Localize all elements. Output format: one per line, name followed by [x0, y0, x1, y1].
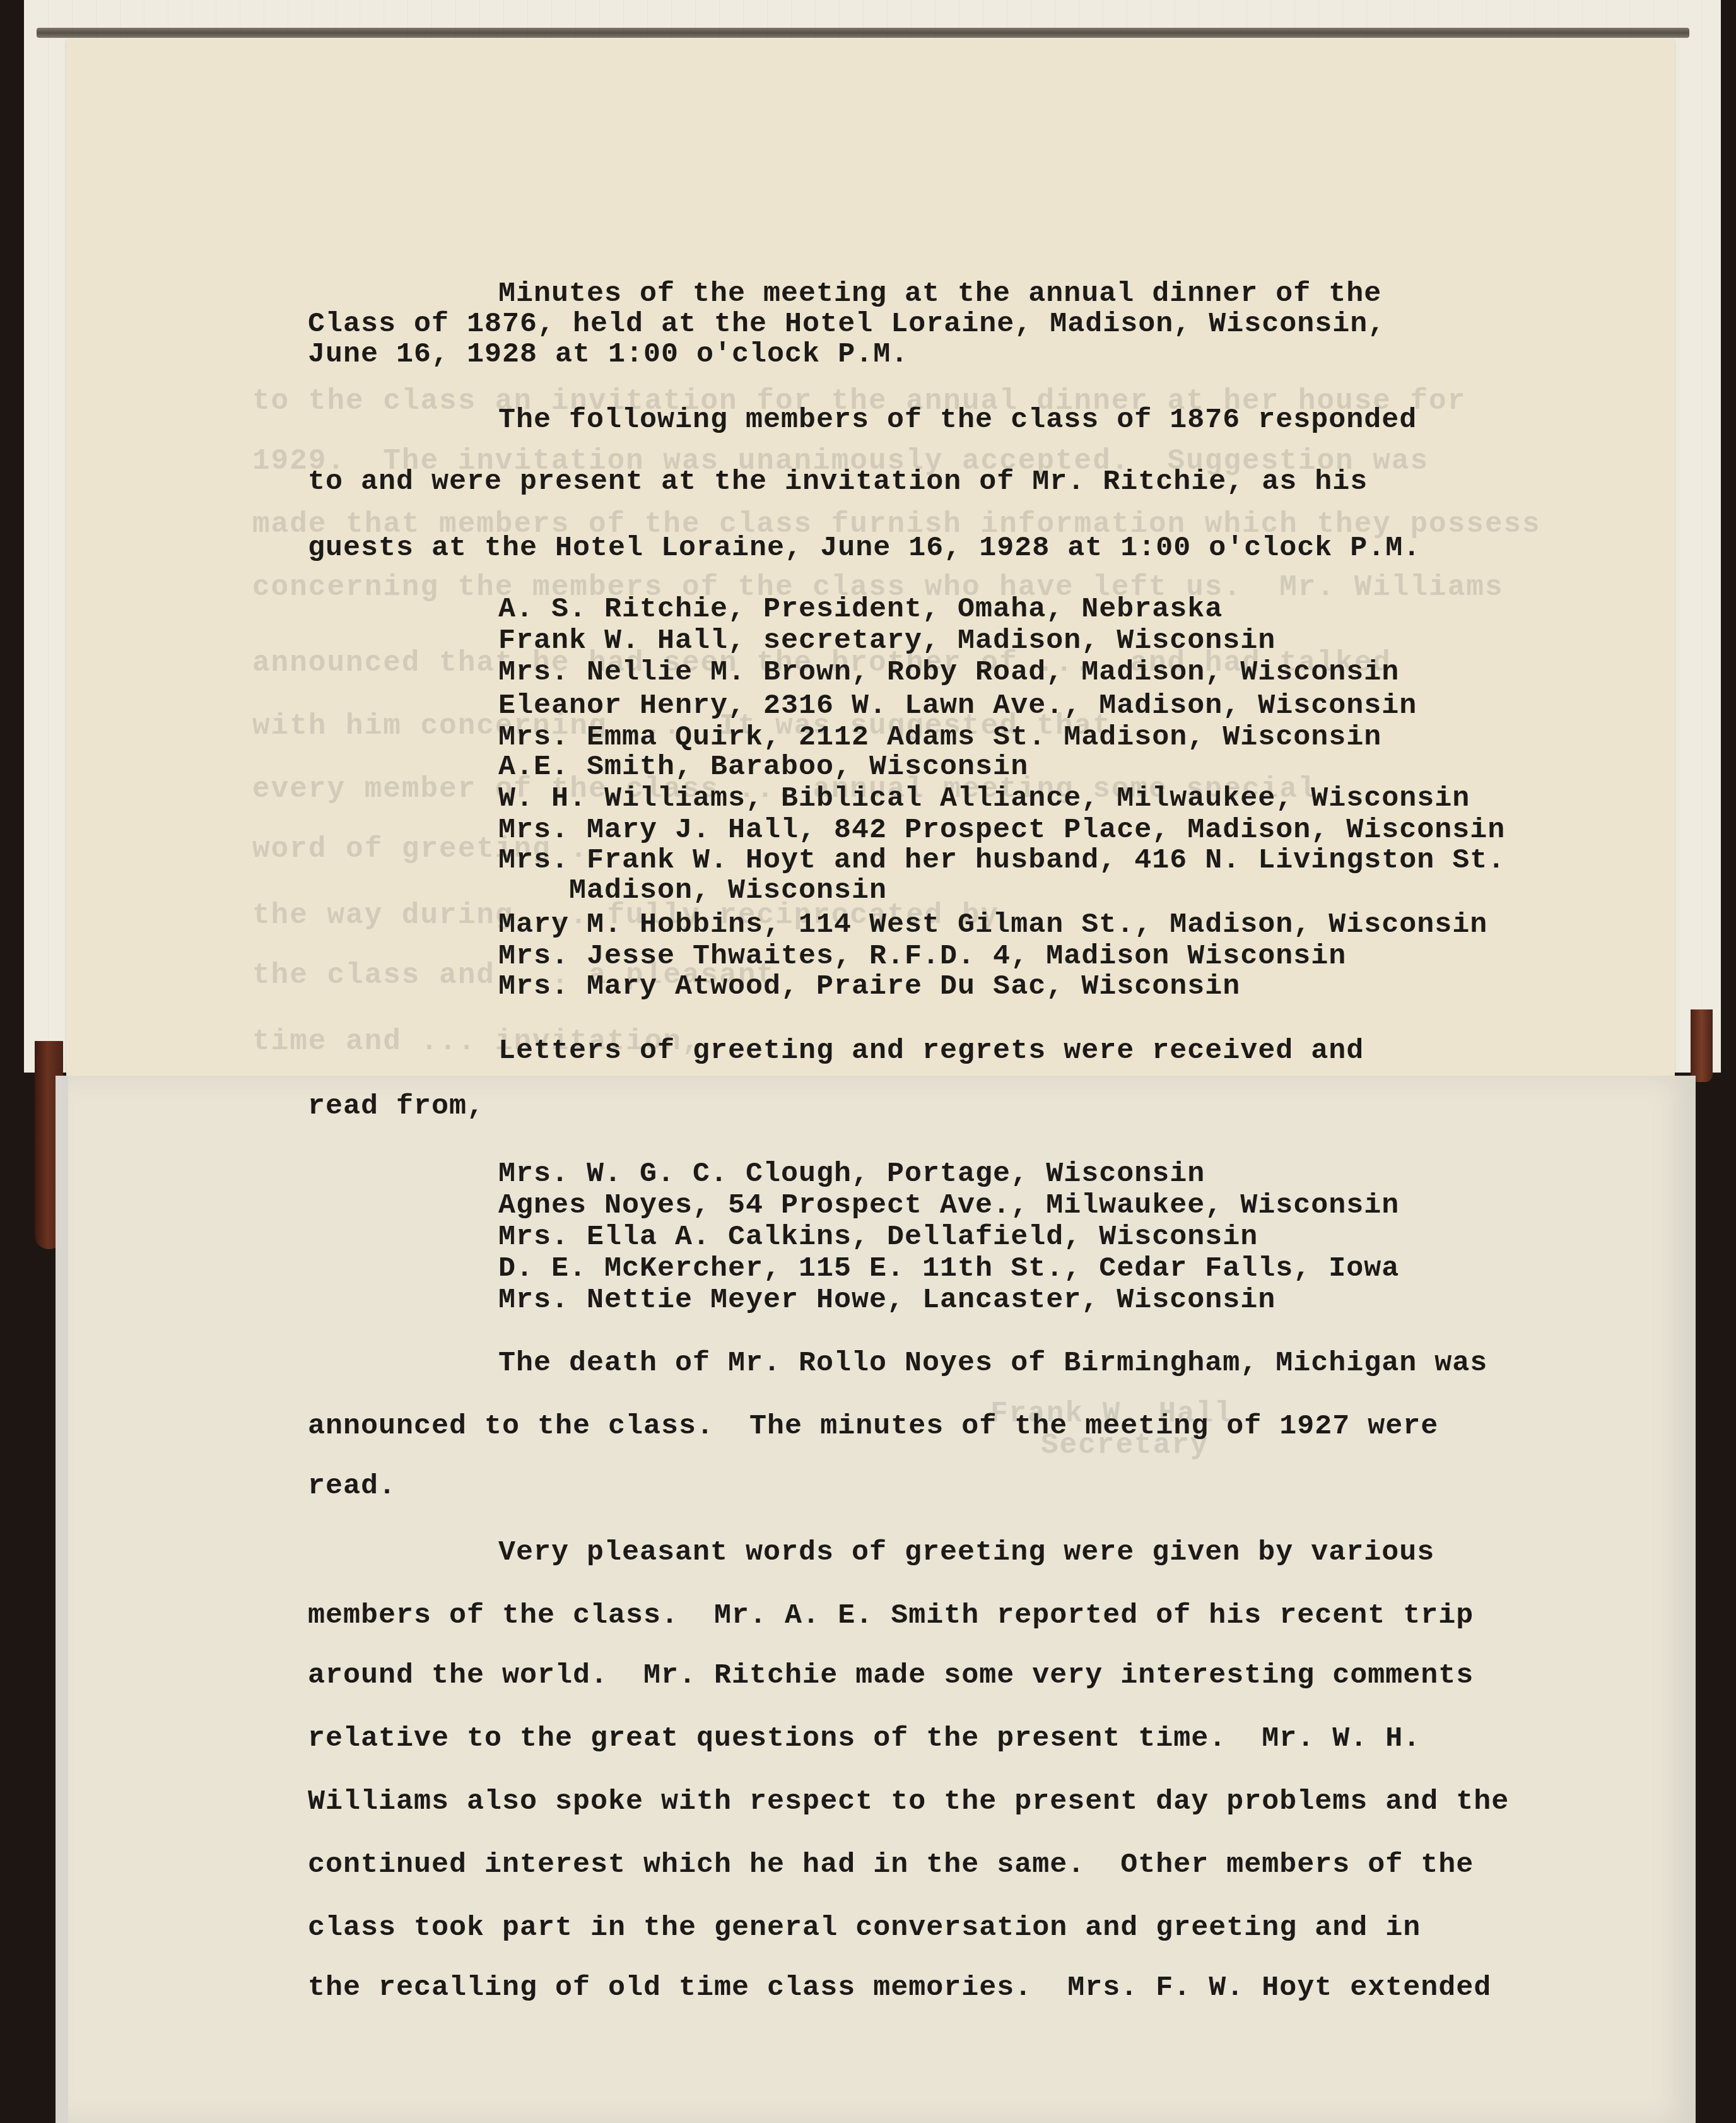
list-item: Mrs. Nellie M. Brown, Roby Road, Madison…: [498, 656, 1399, 688]
list-item: Mrs. Frank W. Hoyt and her husband, 416 …: [498, 844, 1505, 876]
list-item: Agnes Noyes, 54 Prospect Ave., Milwaukee…: [498, 1189, 1399, 1221]
list-item: Eleanor Henry, 2316 W. Lawn Ave., Madiso…: [498, 690, 1417, 722]
binder-ring-right: [1691, 1009, 1713, 1082]
list-item: Mrs. Mary Atwood, Praire Du Sac, Wiscons…: [498, 970, 1240, 1003]
list-item: Mrs. Emma Quirk, 2112 Adams St. Madison,…: [498, 721, 1381, 753]
list-item: A. S. Ritchie, President, Omaha, Nebrask…: [498, 593, 1223, 625]
list-item: Mrs. Nettie Meyer Howe, Lancaster, Wisco…: [498, 1284, 1276, 1316]
binding-strip: [37, 28, 1689, 38]
list-item: Madison, Wisconsin: [498, 874, 887, 907]
list-item: A.E. Smith, Baraboo, Wisconsin: [498, 751, 1028, 783]
list-item: Mrs. Ella A. Calkins, Dellafield, Wiscon…: [498, 1221, 1258, 1253]
list-item: D. E. McKercher, 115 E. 11th St., Cedar …: [498, 1252, 1399, 1285]
list-item: Frank W. Hall, secretary, Madison, Wisco…: [498, 625, 1276, 657]
list-item: Mrs. Mary J. Hall, 842 Prospect Place, M…: [498, 814, 1505, 846]
list-item: Mary M. Hobbins, 114 West Gilman St., Ma…: [498, 909, 1487, 941]
list-item: Mrs. W. G. C. Clough, Portage, Wisconsin: [498, 1158, 1205, 1190]
list-item: W. H. Williams, Biblical Alliance, Milwa…: [498, 782, 1470, 815]
list-item: Mrs. Jesse Thwaites, R.F.D. 4, Madison W…: [498, 940, 1346, 972]
